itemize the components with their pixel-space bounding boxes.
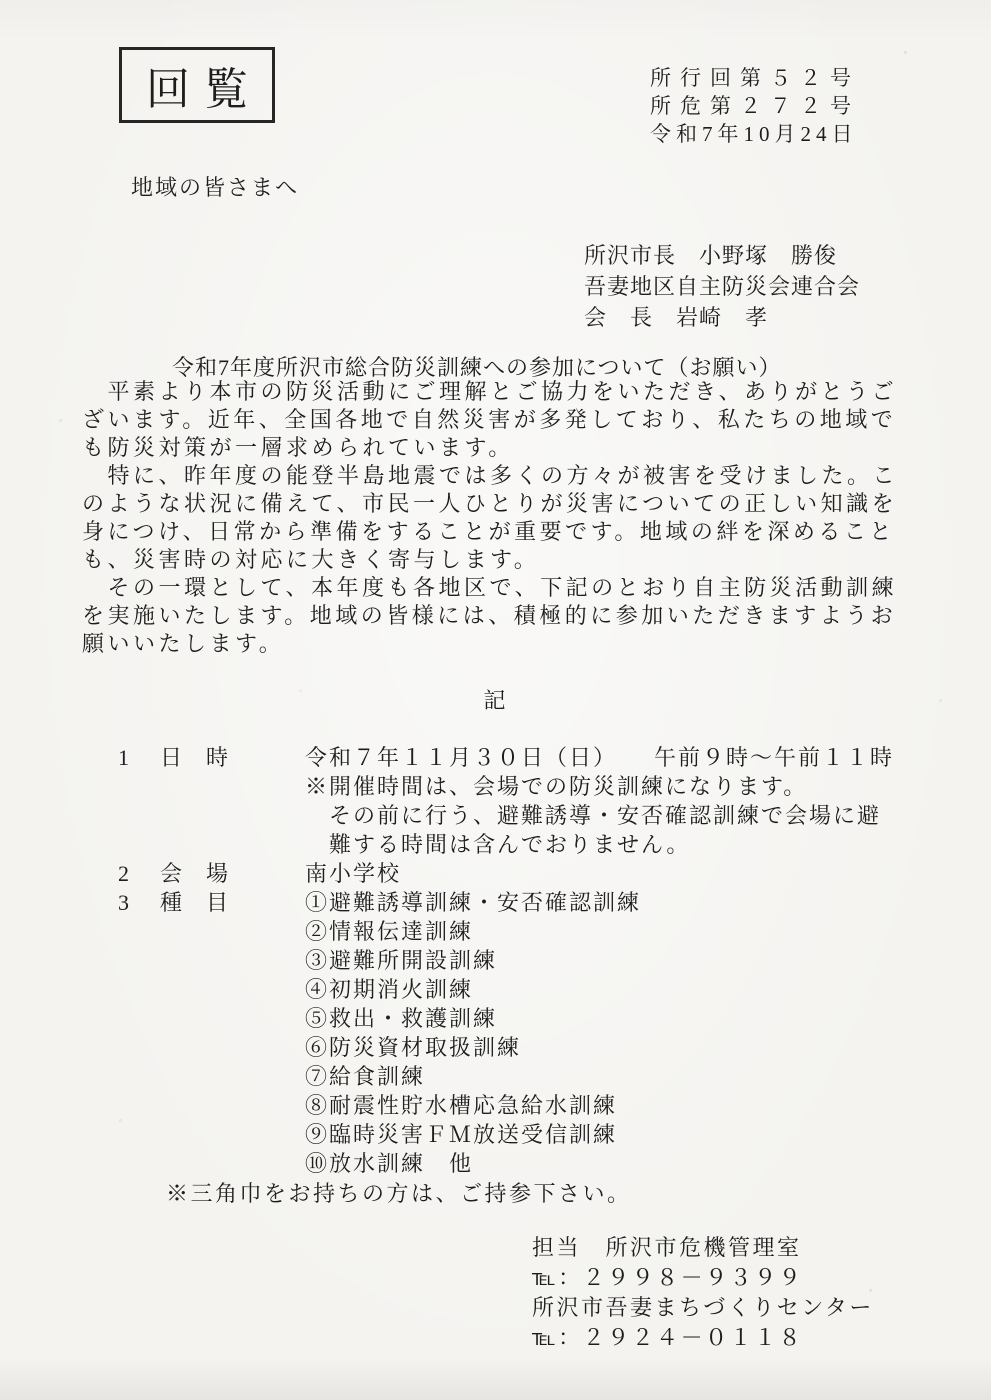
body-paragraph-2: 特に、昨年度の能登半島地震では多くの方々が被害を受けました。こ のような状況に備… <box>82 462 962 574</box>
addressee-line: 地域の皆さまへ <box>131 171 299 202</box>
details-list: 1 日 時 令和７年１１月３０日（日） 午前９時～午前１１時 ※開催時間は、会場… <box>118 743 978 1178</box>
item-number: 1 <box>118 743 160 772</box>
item-label-venue: 会 場 <box>160 859 305 888</box>
body-paragraph-1: 平素より本市の防災活動にご理解とご協力をいただき、ありがとうご ざいます。近年、… <box>82 378 962 462</box>
document-page: 回覧 所行回第５２号 所危第２７２号 令和7年10月24日 地域の皆さまへ 所沢… <box>0 0 991 1400</box>
sender-line-mayor: 所沢市長 小野塚 勝俊 <box>584 240 860 271</box>
item-label-datetime: 日 時 <box>160 743 305 772</box>
list-item-datetime: 1 日 時 令和７年１１月３０日（日） 午前９時～午前１１時 ※開催時間は、会場… <box>118 743 978 859</box>
sender-block: 所沢市長 小野塚 勝俊 吾妻地区自主防災会連合会 会 長 岩崎 孝 <box>584 240 860 333</box>
item-number: 2 <box>118 859 160 888</box>
sender-line-association: 吾妻地区自主防災会連合会 <box>584 271 860 302</box>
item-label-events: 種 目 <box>160 888 305 917</box>
ki-marker: 記 <box>0 684 991 715</box>
contact-phone-1: ℡：２９９８－９３９９ <box>532 1263 874 1293</box>
body-paragraph-3: その一環として、本年度も各地区で、下記のとおり自主防災活動訓練 を実施いたします… <box>82 574 962 658</box>
kairan-stamp-box: 回覧 <box>119 47 275 123</box>
item-content-datetime: 令和７年１１月３０日（日） 午前９時～午前１１時 ※開催時間は、会場での防災訓練… <box>305 743 978 859</box>
list-item-venue: 2 会 場 南小学校 <box>118 859 978 888</box>
list-item-events: 3 種 目 ①避難誘導訓練・安否確認訓練 ②情報伝達訓練 ③避難所開設訓練 ④初… <box>118 888 978 1178</box>
doc-number-block: 所行回第５２号 所危第２７２号 令和7年10月24日 <box>650 64 860 148</box>
item-number: 3 <box>118 888 160 917</box>
doc-number-line-2: 所危第２７２号 <box>650 92 860 120</box>
contact-phone-2: ℡：２９２４－０１１８ <box>532 1323 874 1353</box>
item-content-venue: 南小学校 <box>305 859 978 888</box>
sender-line-chairman: 会 長 岩崎 孝 <box>584 302 860 333</box>
item-content-events: ①避難誘導訓練・安否確認訓練 ②情報伝達訓練 ③避難所開設訓練 ④初期消火訓練 … <box>305 888 978 1178</box>
contact-center: 所沢市吾妻まちづくりセンター <box>532 1293 874 1323</box>
kairan-stamp-text: 回覧 <box>146 53 262 117</box>
triangle-bandage-note: ※三角巾をお持ちの方は、ご持参下さい。 <box>166 1177 632 1208</box>
doc-number-line-1: 所行回第５２号 <box>650 64 860 92</box>
doc-date: 令和7年10月24日 <box>650 120 860 148</box>
scan-noise <box>0 0 1 1</box>
contact-department: 担当 所沢市危機管理室 <box>532 1233 874 1263</box>
body-text: 平素より本市の防災活動にご理解とご協力をいただき、ありがとうご ざいます。近年、… <box>82 378 962 658</box>
contact-footer: 担当 所沢市危機管理室 ℡：２９９８－９３９９ 所沢市吾妻まちづくりセンター ℡… <box>532 1233 874 1353</box>
